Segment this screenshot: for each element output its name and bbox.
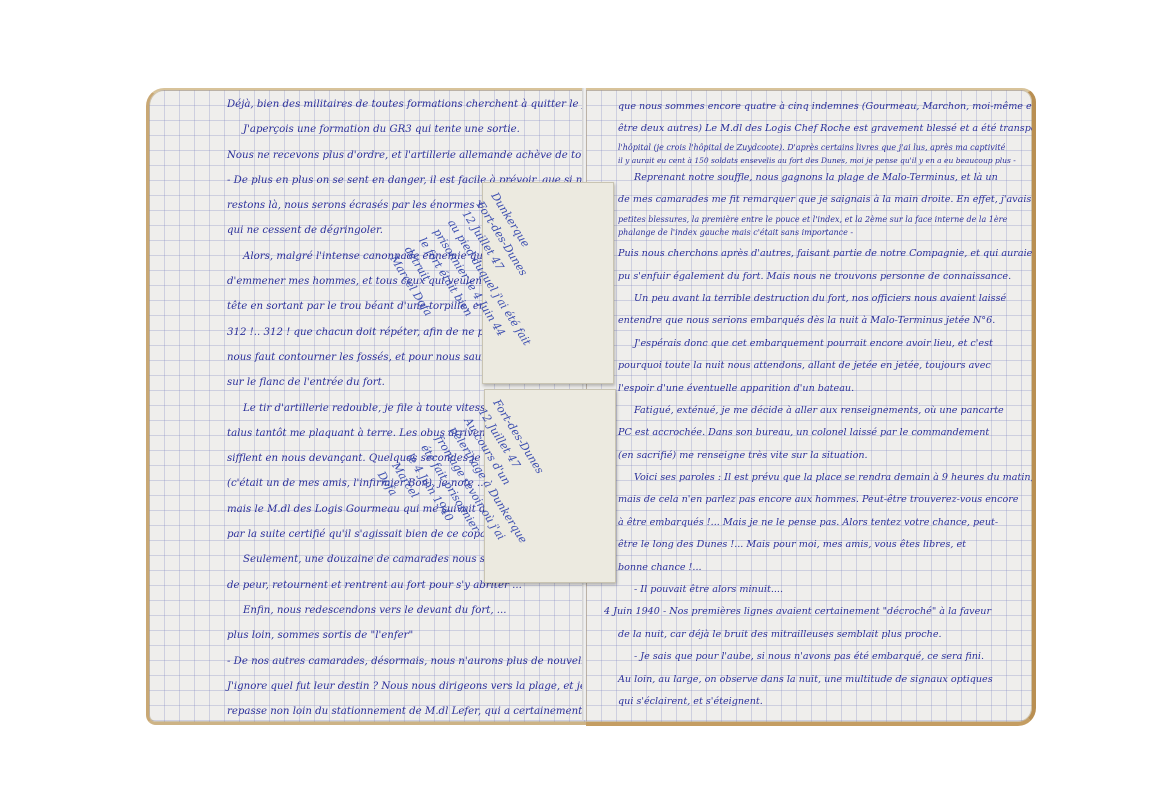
photo-card-back-top: Dunkerque Fort-des-Dunes 12 Juillet 47 a…: [482, 182, 614, 384]
handwritten-line: de mes camarades me fit remarquer que je…: [618, 189, 1036, 213]
handwritten-line: l'hôpital (je crois l'hôpital de Zuydcoo…: [618, 141, 1036, 155]
handwritten-line: repasse non loin du stationnement de M.d…: [227, 699, 587, 724]
handwritten-line: - Je sais que pour l'aube, si nous n'avo…: [618, 646, 1036, 668]
right-page-handwriting: que nous sommes encore quatre à cinq ind…: [618, 96, 1036, 713]
handwritten-line: Enfin, nous redescendons vers le devant …: [227, 598, 587, 623]
handwritten-line: J'ignore quel fut leur destin ? Nous nou…: [227, 674, 587, 699]
handwritten-line: - De nos autres camarades, désormais, no…: [227, 649, 587, 674]
handwritten-line: pourquoi toute la nuit nous attendons, a…: [618, 355, 1036, 377]
handwritten-line: en spectateur, mais de très près au terr…: [227, 724, 587, 725]
handwritten-line: (en sacrifié) me renseigne très vite sur…: [618, 445, 1036, 467]
handwritten-line: petites blessures, la première entre le …: [618, 213, 1018, 243]
handwritten-line: bonne chance !...: [618, 557, 1036, 579]
handwritten-line: plus loin, sommes sortis de "l'enfer": [227, 623, 587, 648]
handwritten-line: J'aperçois une formation du GR3 qui tent…: [227, 117, 587, 142]
handwritten-line: Nous ne recevons plus d'ordre, et l'arti…: [227, 143, 587, 168]
handwritten-line: 4 Juin 1940 - Nos premières lignes avaie…: [604, 601, 1036, 623]
handwritten-line: être deux autres) Le M.dl des Logis Chef…: [618, 118, 1036, 140]
handwritten-line: Voici ses paroles : Il est prévu que la …: [618, 467, 1036, 489]
handwritten-line: l'espoir d'une éventuelle apparition d'u…: [618, 378, 1036, 400]
handwritten-line: mais de cela n'en parlez pas encore aux …: [618, 489, 1036, 511]
handwritten-line: de la nuit, car déjà le bruit des mitrai…: [618, 624, 1036, 646]
handwritten-line: Puis nous cherchons après d'autres, fais…: [618, 243, 1036, 265]
handwritten-line: pu s'enfuir également du fort. Mais nous…: [618, 266, 1036, 288]
handwritten-line: il y aurait eu cent à 150 soldats enseve…: [618, 155, 1036, 167]
handwritten-line: Déjà, bien des militaires de toutes form…: [227, 92, 587, 117]
handwritten-line: à être embarqués !... Mais je ne le pens…: [618, 512, 1036, 534]
photo-card-back-bottom: Fort-des-Dunes 12 Juillet 47 Au cours d'…: [484, 389, 616, 583]
handwritten-line: J'espérais donc que cet embarquement pou…: [618, 333, 1036, 355]
handwritten-line: entendre que nous serions embarqués dès …: [618, 310, 1036, 332]
handwritten-line: Reprenant notre souffle, nous gagnons la…: [618, 167, 1036, 189]
handwritten-line: Un peu avant la terrible destruction du …: [618, 288, 1036, 310]
handwritten-line: Fatigué, exténué, je me décide à aller a…: [618, 400, 1036, 422]
handwritten-line: PC est accrochée. Dans son bureau, un co…: [618, 422, 1036, 444]
handwritten-line: que nous sommes encore quatre à cinq ind…: [618, 96, 1036, 118]
handwritten-line: qui s'éclairent, et s'éteignent.: [618, 691, 1036, 713]
handwritten-line: Au loin, au large, on observe dans la nu…: [618, 669, 1036, 691]
right-page: que nous sommes encore quatre à cinq ind…: [586, 88, 1036, 726]
handwritten-line: - Il pouvait être alors minuit....: [618, 579, 1036, 601]
handwritten-line: être le long des Dunes !... Mais pour mo…: [618, 534, 1036, 556]
